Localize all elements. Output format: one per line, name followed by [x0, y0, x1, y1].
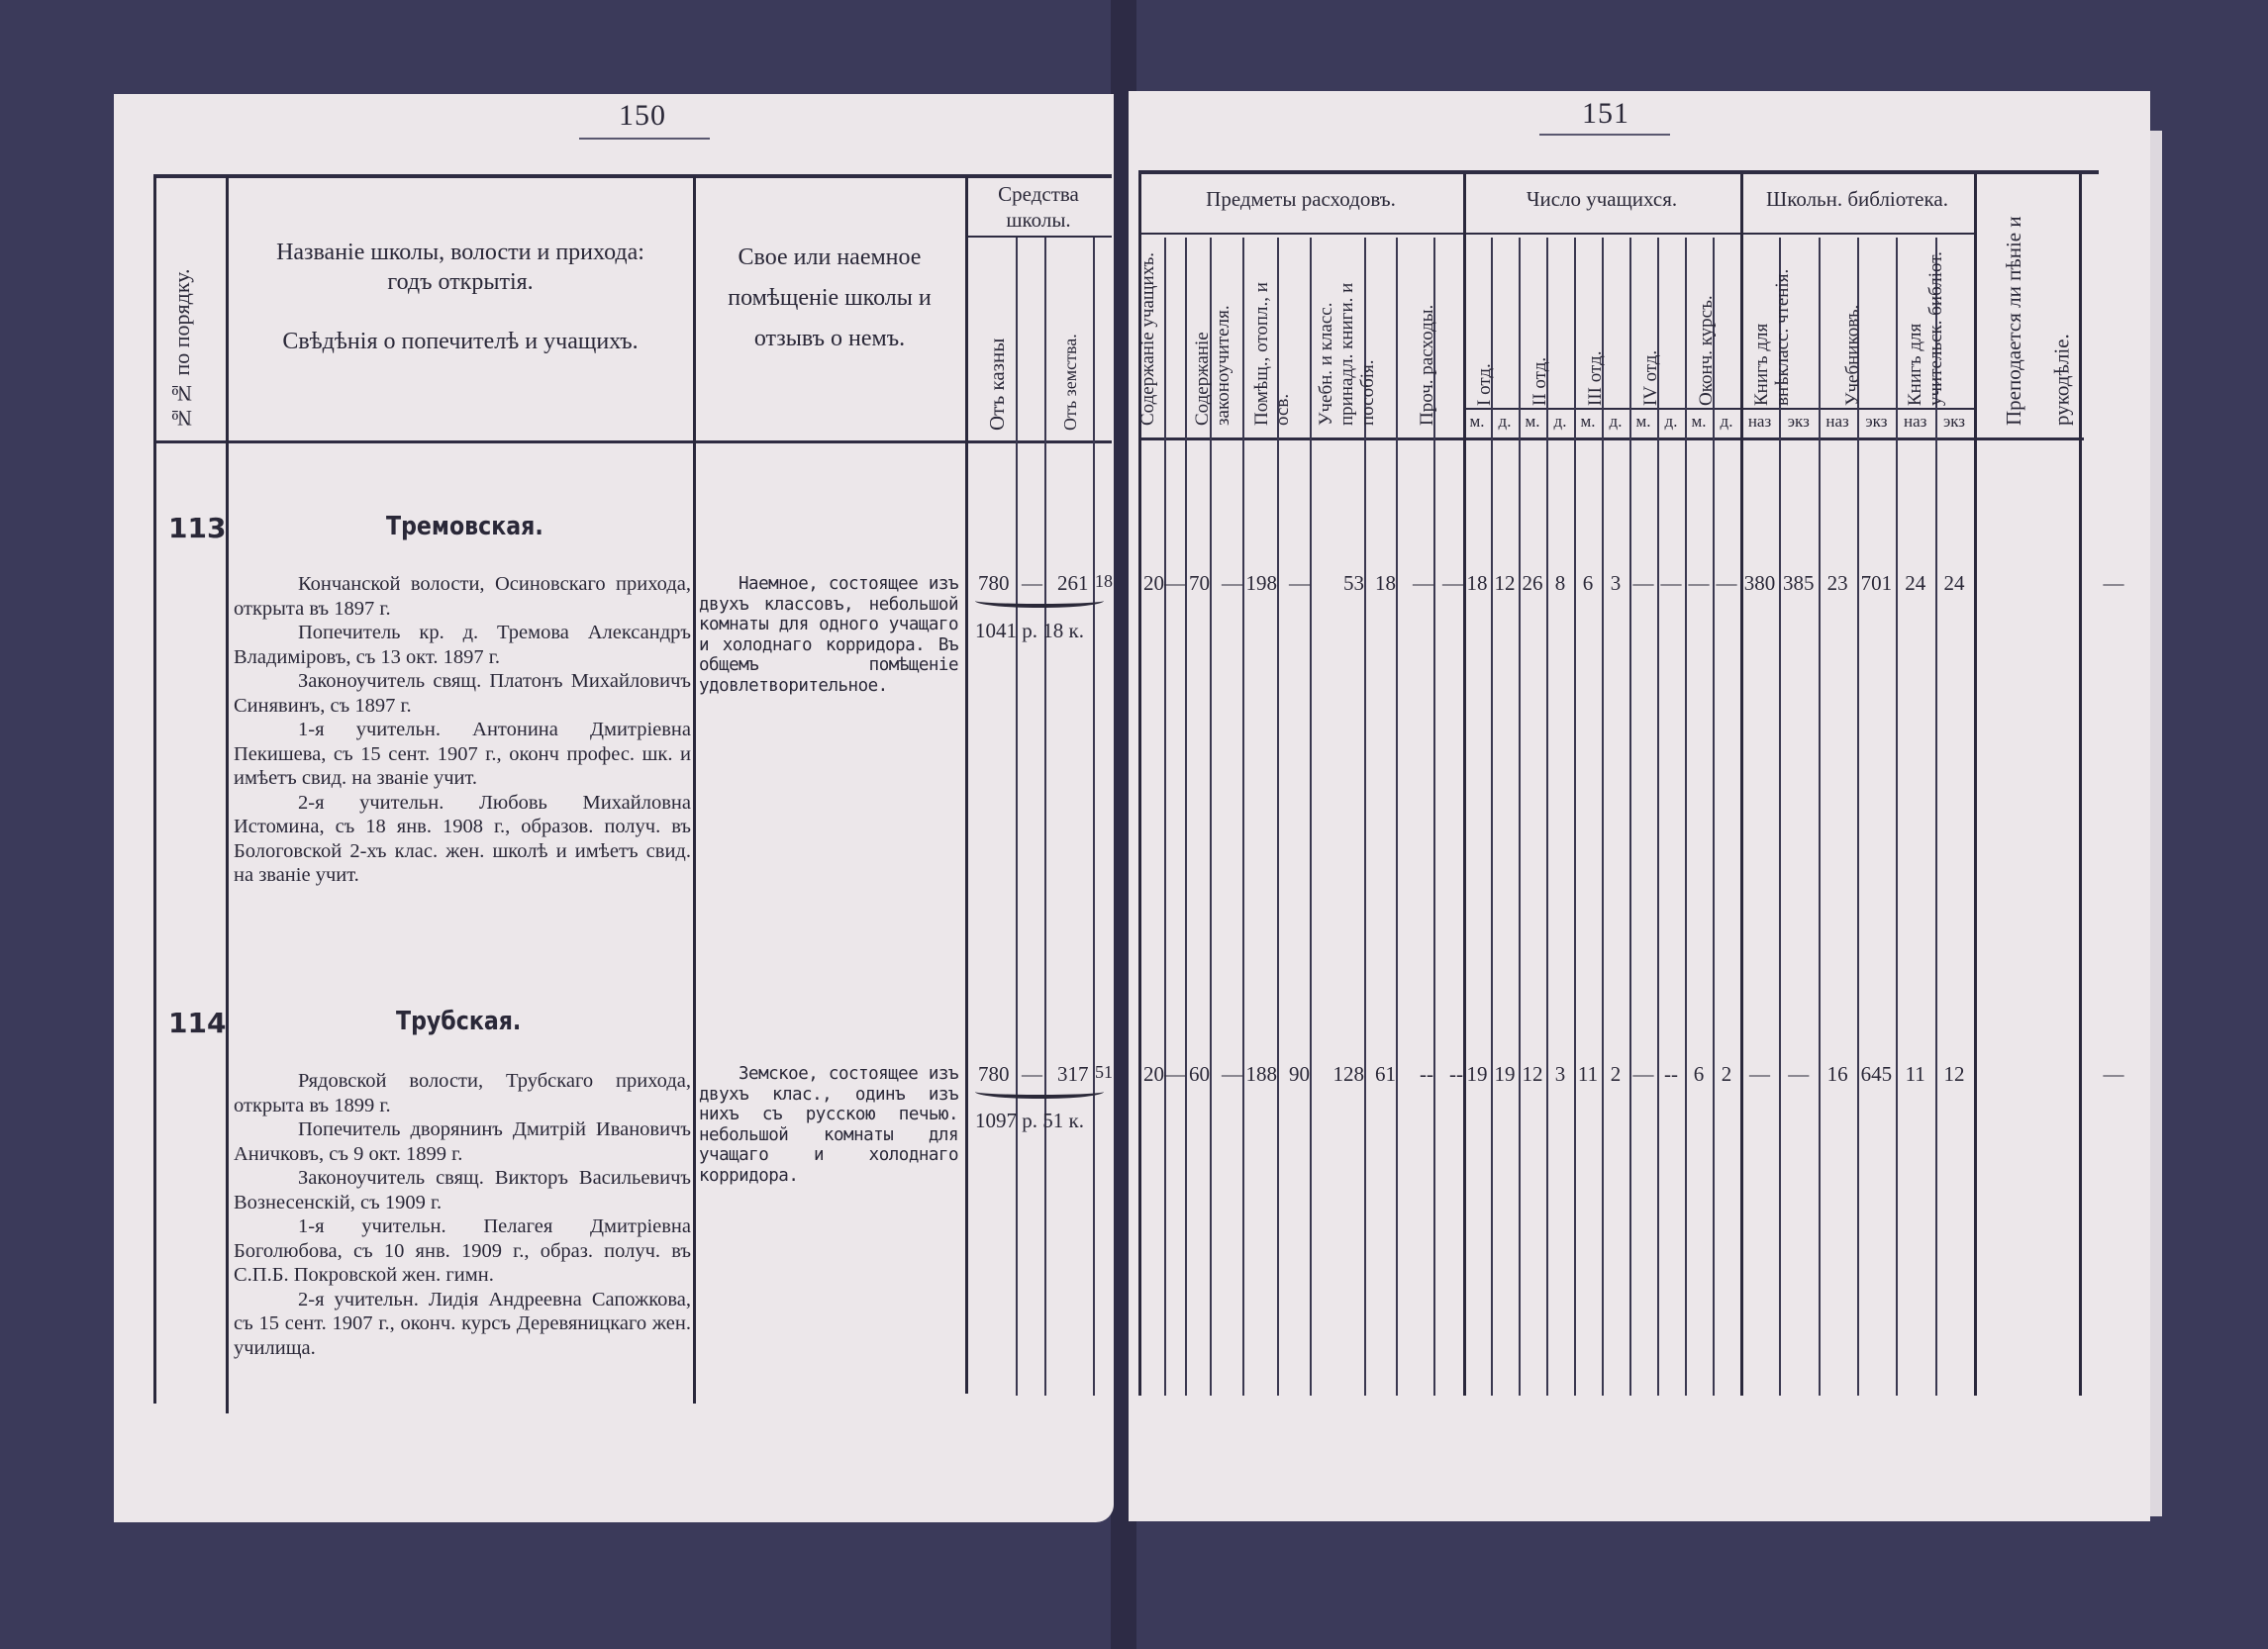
funds-treasury-kopecks: — [1022, 1062, 1042, 1087]
header-col-premises-line2: помѣщеніе школы и [695, 278, 964, 319]
expense-value: — [1396, 571, 1433, 596]
library-count: 24 [1935, 571, 1974, 596]
expense-value: -- [1433, 1062, 1463, 1087]
student-count: 12 [1491, 571, 1519, 596]
students-group-rule [1463, 233, 1740, 235]
funds-treasury: 780 [978, 571, 1010, 596]
header-col-name: Названіе школы, волости и прихода: годъ … [228, 238, 693, 356]
student-count: — [1629, 571, 1657, 596]
student-count: 19 [1491, 1062, 1519, 1087]
page-number-rule [1539, 134, 1670, 136]
col-divider [1093, 238, 1095, 1396]
header-library-textbooks: Учебниковъ. [1843, 267, 1864, 406]
description-catechist: Законоучитель свящ. Платонъ Михайловичъ … [234, 670, 691, 717]
library-count: 16 [1819, 1062, 1857, 1087]
page-number-rule [579, 138, 710, 140]
description-catechist: Законоучитель свящ. Викторъ Васильевичъ … [234, 1167, 691, 1213]
funds-zemstvo-kopecks: 18 [1095, 571, 1113, 592]
student-count: — [1657, 571, 1685, 596]
description-teacher-2: 2-я учительн. Лидія Андреевна Сапожкова,… [234, 1289, 691, 1359]
expense-value: -- [1396, 1062, 1433, 1087]
page-number-right: 151 [1582, 97, 1629, 131]
funds-total: 1041 р. 18 к. [975, 619, 1084, 643]
header-singing: Преподается ли пѣніе и рукодѣліе. [1990, 203, 2069, 426]
library-count: 385 [1779, 571, 1818, 596]
description-trustee: Попечитель дворянинъ Дмитрій Ивановичъ А… [234, 1118, 691, 1165]
premises-description: Земское, состоящее изъ двухъ клас., один… [699, 1064, 958, 1186]
student-count: 6 [1685, 1062, 1713, 1087]
header-bottom-rule-right [1138, 437, 2084, 440]
student-count: — [1685, 571, 1713, 596]
students-sub-header: д. [1546, 412, 1574, 432]
page-number-left: 150 [619, 99, 666, 133]
expense-value: — [1210, 1062, 1242, 1087]
students-sub-header: д. [1713, 412, 1740, 432]
students-sub-header: д. [1602, 412, 1629, 432]
table-left-border [153, 176, 156, 1404]
students-sub-header: м. [1463, 412, 1491, 432]
sum-brace [975, 1085, 1104, 1099]
student-count: 18 [1463, 571, 1491, 596]
description-trustee: Попечитель кр. д. Тремова Александръ Вла… [234, 622, 691, 668]
header-expense-premises: Помѣщ., отопл., и осв. [1252, 247, 1302, 426]
sum-brace [975, 594, 1104, 608]
col-divider [1974, 174, 1977, 1396]
student-count: — [1629, 1062, 1657, 1087]
funds-group-rule [965, 236, 1112, 238]
header-students-3: III отд. [1586, 327, 1607, 406]
funds-total: 1097 р. 51 к. [975, 1109, 1084, 1133]
col-divider [1310, 238, 1312, 1396]
student-count: 26 [1519, 571, 1546, 596]
student-count: 6 [1574, 571, 1602, 596]
students-sub-header: м. [1629, 412, 1657, 432]
col-divider [1185, 238, 1187, 1396]
student-count: 2 [1602, 1062, 1629, 1087]
expenses-group-rule [1138, 233, 1463, 235]
library-sub-header: экз [1935, 412, 1974, 432]
student-count: 12 [1519, 1062, 1546, 1087]
library-sub-header: наз [1819, 412, 1857, 432]
students-sub-header: м. [1519, 412, 1546, 432]
header-col-premises: Свое или наемное помѣщеніе школы и отзыв… [695, 238, 964, 358]
col-divider [1463, 174, 1466, 1396]
student-count: 2 [1713, 1062, 1740, 1087]
funds-zemstvo: 261 [1057, 571, 1089, 596]
header-expenses-group: Предметы расходовъ. [1138, 186, 1463, 212]
header-library-group: Школьн. библіотека. [1740, 186, 1974, 212]
library-count: — [1740, 1062, 1779, 1087]
school-description: Рядовской волости, Трубскаго прихода, от… [234, 1069, 691, 1360]
col-divider [965, 176, 968, 1394]
library-sub-header: наз [1896, 412, 1934, 432]
header-students-1: I отд. [1475, 327, 1496, 406]
col-divider [1396, 238, 1398, 1396]
school-name: Тремовская. [386, 512, 543, 541]
description-parish: Рядовской волости, Трубскаго прихода, от… [234, 1070, 691, 1116]
library-sub-header: экз [1857, 412, 1896, 432]
funds-zemstvo: 317 [1057, 1062, 1089, 1087]
description-teacher-2: 2-я учительн. Любовь Михайловна Истомина… [234, 792, 691, 887]
student-count: — [1713, 571, 1740, 596]
expense-value: 188 [1242, 1062, 1277, 1087]
students-sub-header: д. [1657, 412, 1685, 432]
library-count: — [1779, 1062, 1818, 1087]
expense-value: — [1210, 571, 1242, 596]
header-col-premises-line1: Свое или наемное [695, 238, 964, 278]
student-count: 8 [1546, 571, 1574, 596]
funds-treasury-kopecks: — [1022, 571, 1042, 596]
col-divider [1740, 174, 1743, 1396]
expense-value: — [1277, 571, 1310, 596]
table-top-rule-right [1138, 170, 2099, 174]
student-count: 3 [1602, 571, 1629, 596]
expense-value: 53 [1310, 571, 1364, 596]
header-col-name-line2: годъ открытія. [228, 267, 693, 297]
library-sub-header: экз [1779, 412, 1818, 432]
expense-value: 61 [1364, 1062, 1396, 1087]
students-sub-header: м. [1685, 412, 1713, 432]
header-col-premises-line3: отзывъ о немъ. [695, 319, 964, 359]
header-expense-other: Проч. расходы. [1418, 247, 1438, 426]
header-col-name-line1: Названіе школы, волости и прихода: [228, 238, 693, 267]
header-funds-zemstvo: Отъ земства. [1061, 297, 1081, 431]
row-number: 114 [168, 1007, 226, 1039]
description-teacher-1: 1-я учительн. Пелагея Дмитріевна Боголюб… [234, 1215, 691, 1286]
funds-zemstvo-kopecks: 51 [1095, 1062, 1113, 1083]
student-count: 11 [1574, 1062, 1602, 1087]
premises-description: Наемное, состоящее изъ двухъ классовъ, н… [699, 574, 958, 696]
expense-value: 128 [1310, 1062, 1364, 1087]
expense-value: — [1433, 571, 1463, 596]
header-expense-supplies: Учебн. и класс. принадл. книги. и пособі… [1317, 247, 1391, 426]
expense-value: 20 [1138, 1062, 1164, 1087]
library-count: 701 [1857, 571, 1896, 596]
expense-value: 70 [1185, 571, 1210, 596]
expense-value: — [1164, 571, 1185, 596]
library-sub-header: наз [1740, 412, 1779, 432]
header-students-graduated: Оконч. курсъ. [1697, 267, 1718, 406]
library-count: 24 [1896, 571, 1934, 596]
school-description: Кончанской волости, Осиновскаго прихода,… [234, 572, 691, 888]
expense-value: 18 [1364, 571, 1396, 596]
description-teacher-1: 1-я учительн. Антонина Дмитріевна Пекише… [234, 719, 691, 789]
col-divider [1242, 238, 1244, 1396]
header-students-group: Число учащихся. [1463, 186, 1740, 212]
col-divider [1044, 238, 1046, 1396]
student-count: 19 [1463, 1062, 1491, 1087]
header-expense-catechist: Содержаніе законоучителя. [1193, 247, 1238, 426]
singing-value: — [2099, 571, 2128, 596]
students-sub-header: д. [1491, 412, 1519, 432]
col-divider [226, 176, 229, 1413]
school-name: Трубская. [396, 1007, 521, 1036]
library-count: 11 [1896, 1062, 1934, 1087]
header-col-name-line3: Свѣдѣнія о попечителѣ и учащихъ. [228, 327, 693, 356]
funds-treasury: 780 [978, 1062, 1010, 1087]
library-count: 23 [1819, 571, 1857, 596]
header-students-2: II отд. [1530, 327, 1551, 406]
header-students-4: IV отд. [1641, 327, 1662, 406]
students-sub-header: м. [1574, 412, 1602, 432]
row-number: 113 [168, 512, 226, 544]
expense-value: 90 [1277, 1062, 1310, 1087]
expense-value: 60 [1185, 1062, 1210, 1087]
expense-value: 198 [1242, 571, 1277, 596]
header-funds-group: Средства школы. [968, 181, 1109, 234]
expense-value: 20 [1138, 571, 1164, 596]
student-count: -- [1657, 1062, 1685, 1087]
col-divider [693, 176, 696, 1404]
library-group-rule [1740, 233, 1974, 235]
header-funds-treasury: Отъ казны [986, 297, 1009, 431]
sub-header-rule [1463, 408, 1974, 410]
header-col-number: №№ по порядку. [170, 193, 194, 431]
header-library-reading: Книгъ для внѣкласс. чтенія. [1752, 242, 1807, 406]
col-divider [1016, 238, 1018, 1396]
library-count: 645 [1857, 1062, 1896, 1087]
singing-value: — [2099, 1062, 2128, 1087]
header-expense-teachers: Содержаніе учащихъ. [1138, 247, 1184, 426]
expense-value: — [1164, 1062, 1185, 1087]
library-count: 12 [1935, 1062, 1974, 1087]
header-library-teachers: Книгъ для учительск. библіот. [1906, 242, 1960, 406]
student-count: 3 [1546, 1062, 1574, 1087]
library-count: 380 [1740, 571, 1779, 596]
description-parish: Кончанской волости, Осиновскаго прихода,… [234, 573, 691, 620]
